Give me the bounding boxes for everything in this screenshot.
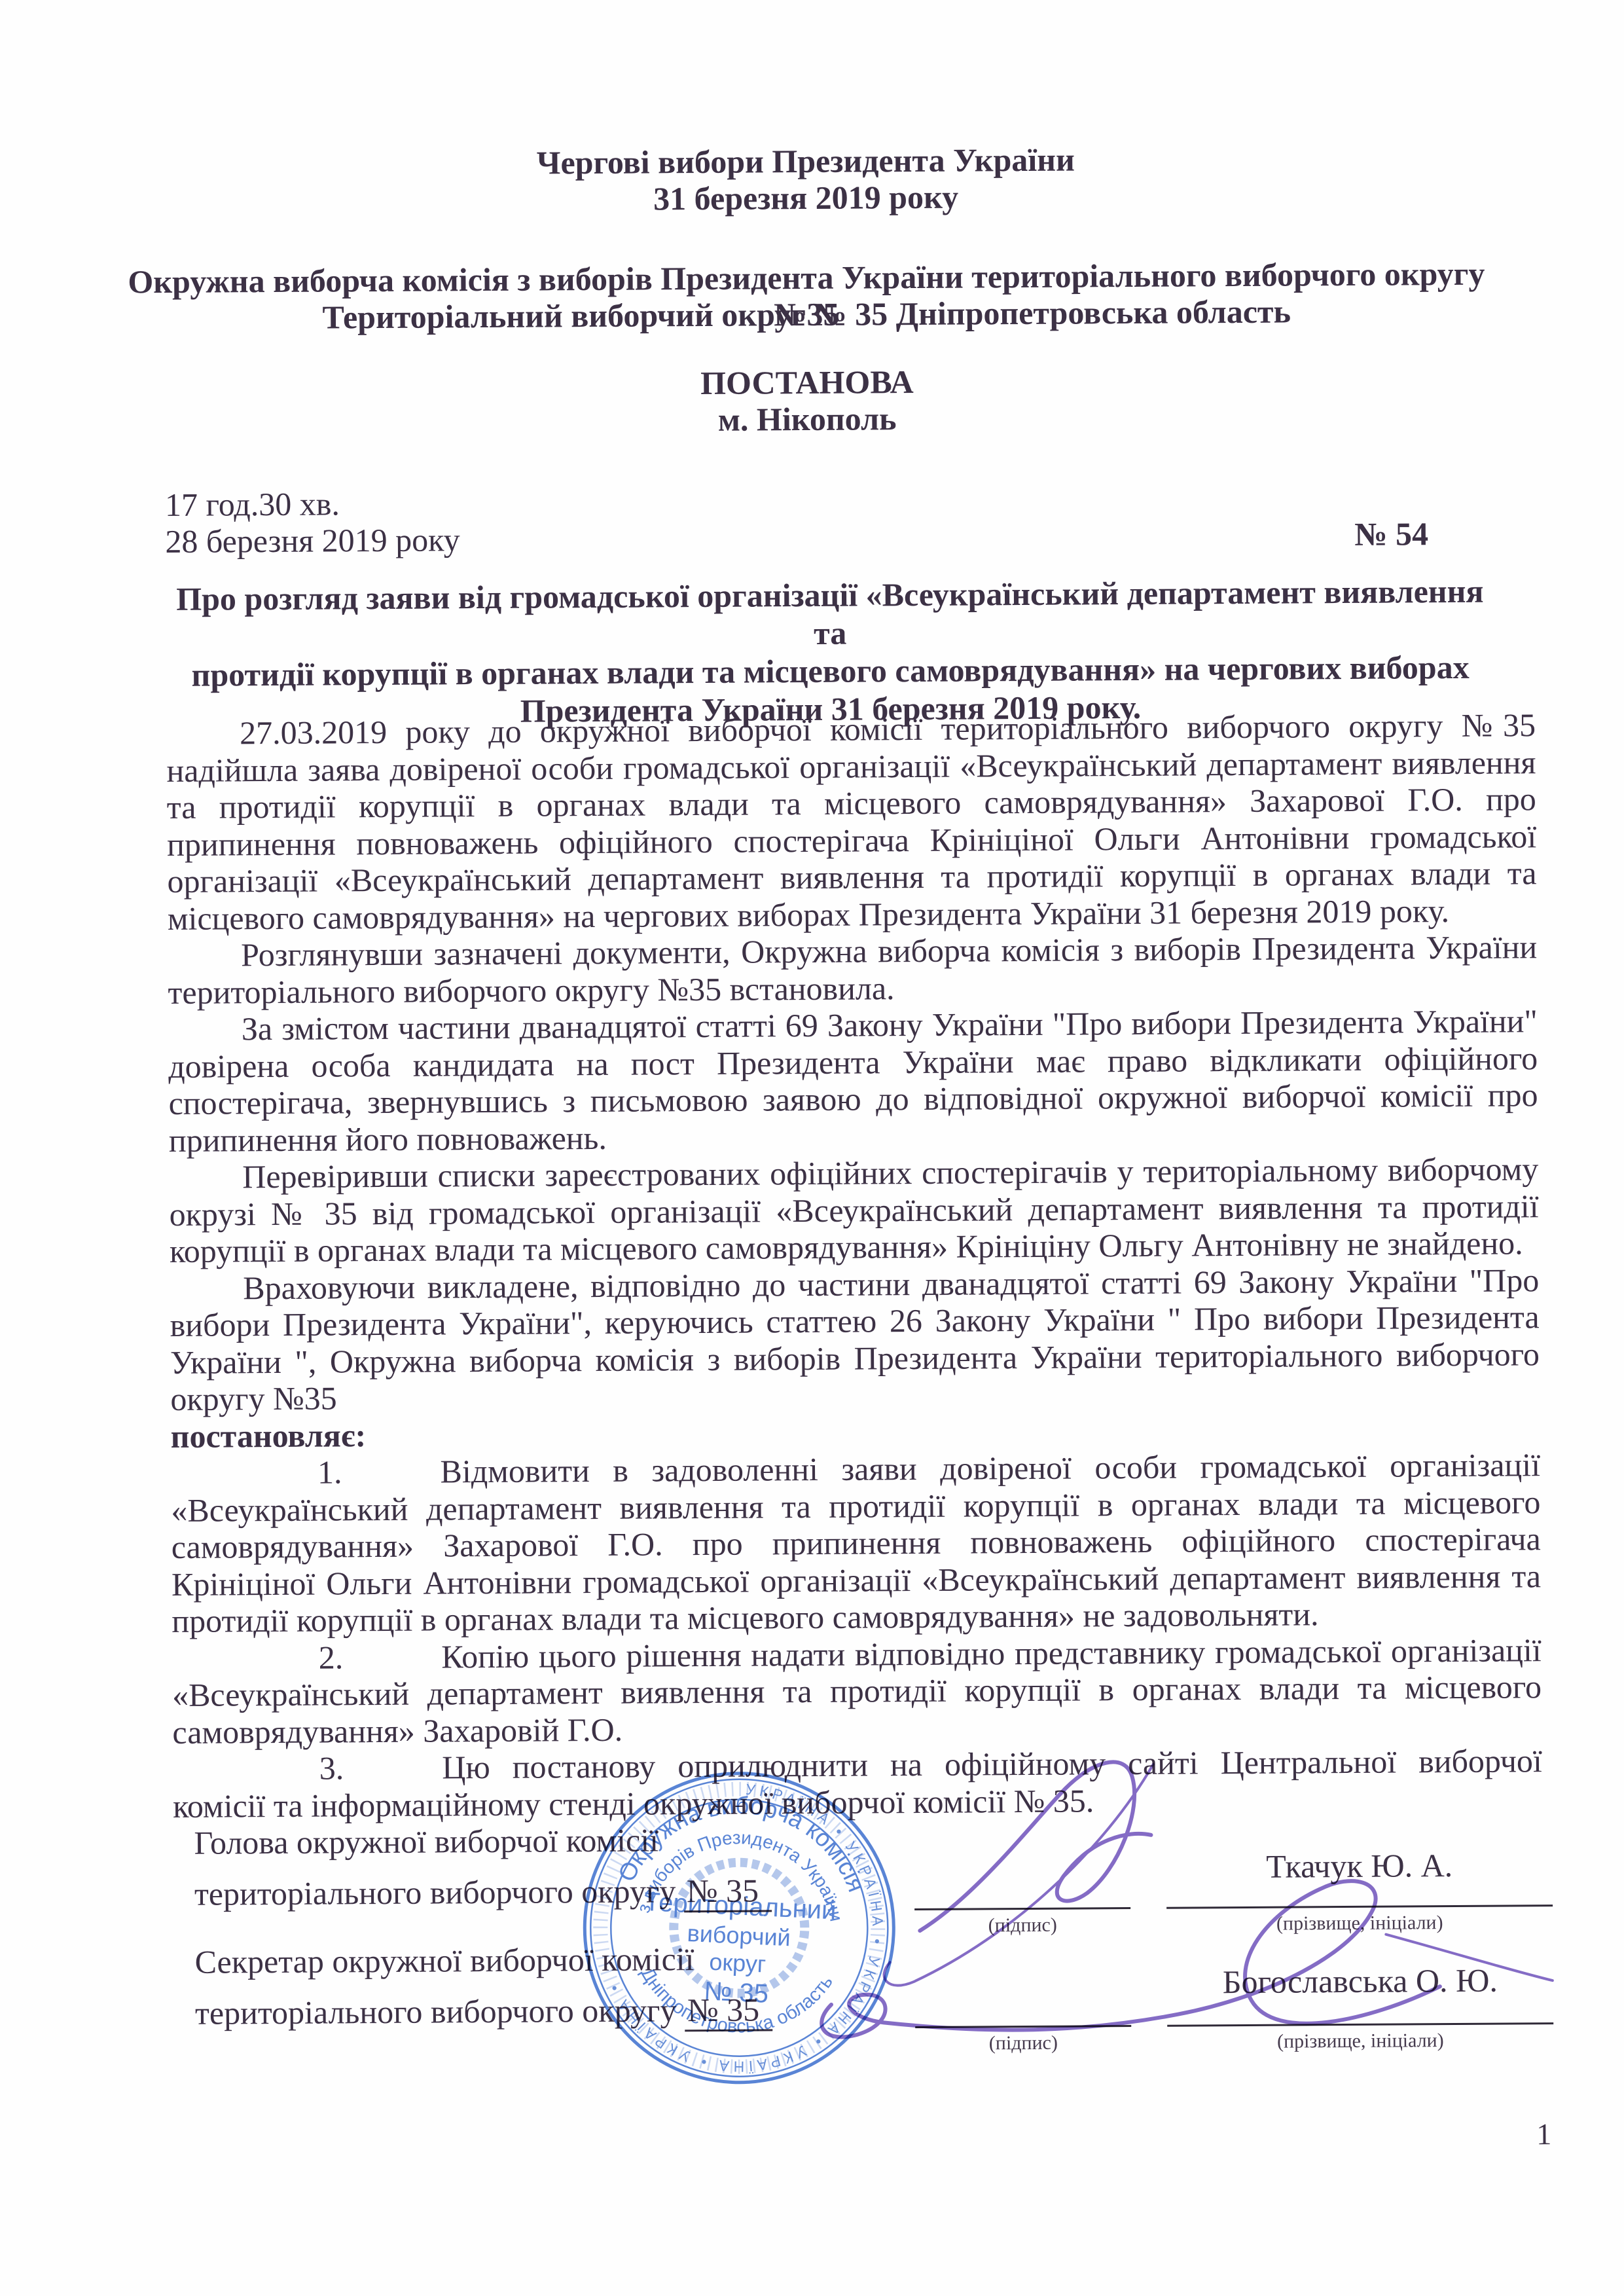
secretary-signature-tail (1386, 1933, 1552, 1982)
handwritten-signatures-overlay (0, 0, 1624, 2296)
head-signature-tail (883, 1764, 1155, 1986)
document-content: Чергові вибори Президента України 31 бер… (0, 0, 1624, 2296)
secretary-signature (821, 1880, 1440, 2037)
head-signature (919, 1762, 1152, 1931)
scanned-document-page: Чергові вибори Президента України 31 бер… (0, 0, 1624, 2296)
